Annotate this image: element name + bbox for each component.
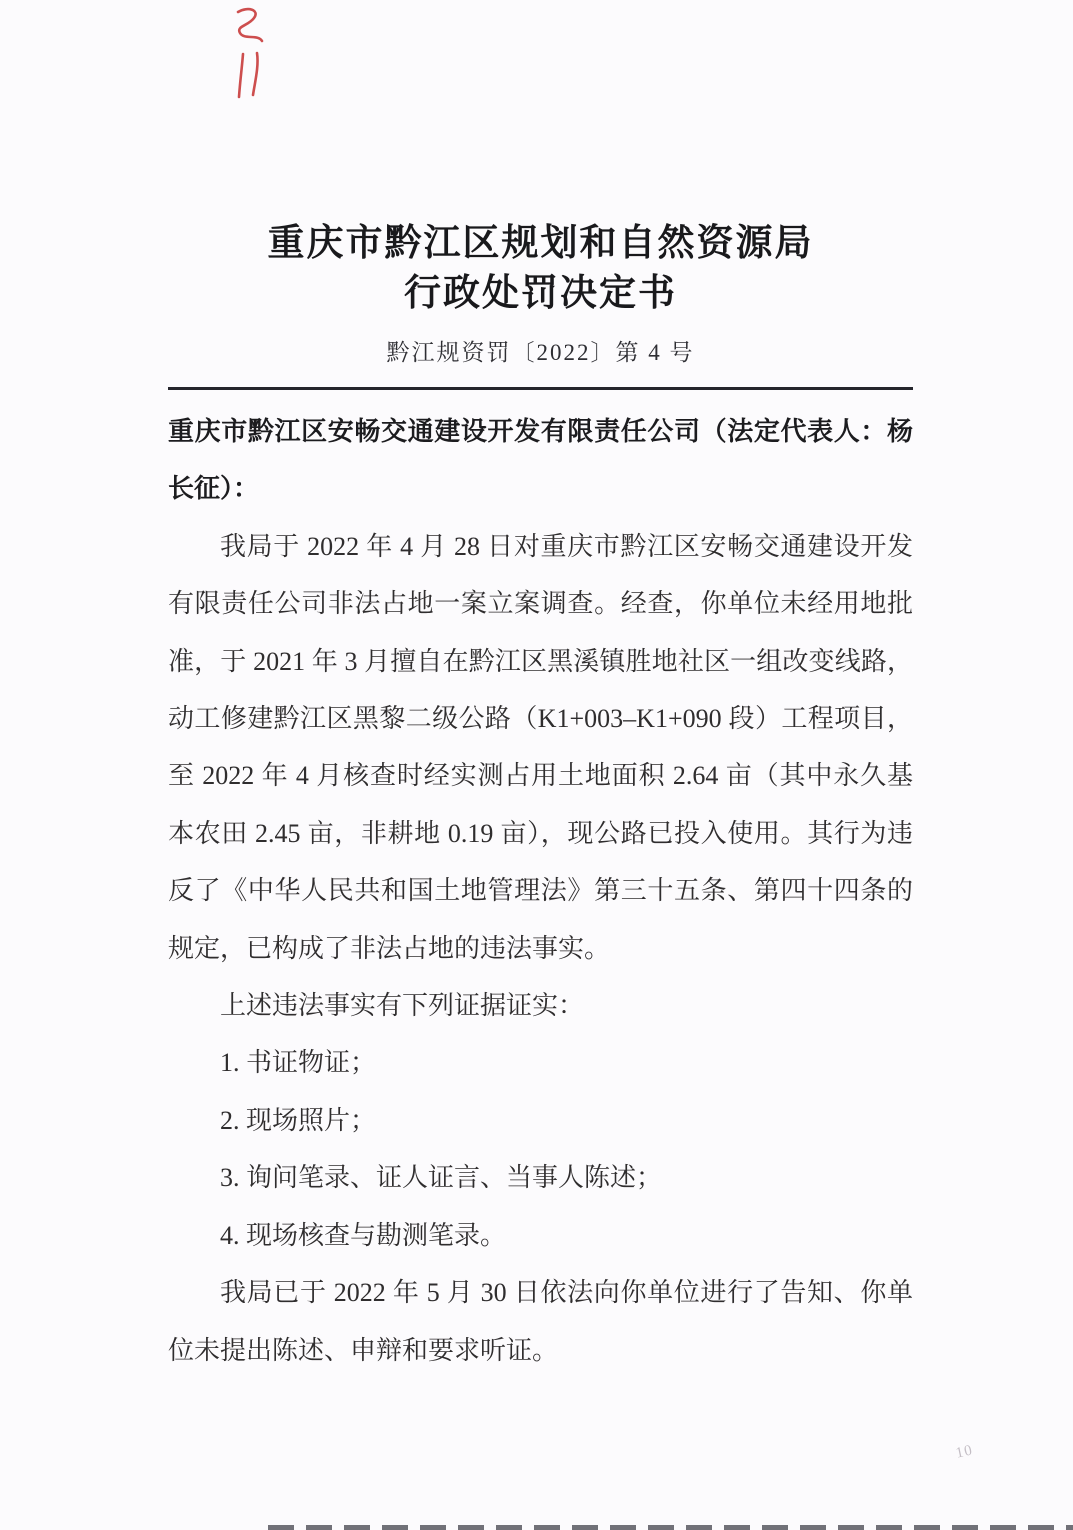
body-line: 至 2022 年 4 月核查时经实测占用土地面积 2.64 亩（其中永久基 <box>168 747 913 804</box>
body-line: 准，于 2021 年 3 月擅自在黔江区黑溪镇胜地社区一组改变线路， <box>168 633 913 690</box>
document-title-line2: 行政处罚决定书 <box>168 268 913 318</box>
addressee-line: 重庆市黔江区安畅交通建设开发有限责任公司（法定代表人：杨 <box>168 403 913 460</box>
paragraph-notification: 我局已于 2022 年 5 月 30 日依法向你单位进行了告知、你单 位未提出陈… <box>168 1264 913 1379</box>
addressee-line: 长征）： <box>168 460 913 517</box>
addressee: 重庆市黔江区安畅交通建设开发有限责任公司（法定代表人：杨 长征）： <box>168 403 913 518</box>
body-line: 动工修建黔江区黑黎二级公路（K1+003–K1+090 段）工程项目， <box>168 690 913 747</box>
body-line: 规定，已构成了非法占地的违法事实。 <box>168 920 913 977</box>
body-line: 我局已于 2022 年 5 月 30 日依法向你单位进行了告知、你单 <box>168 1264 913 1321</box>
scanned-document-page: 重庆市黔江区规划和自然资源局 行政处罚决定书 黔江规资罚〔2022〕第 4 号 … <box>0 0 1073 1530</box>
evidence-intro: 上述违法事实有下列证据证实： <box>168 977 913 1034</box>
evidence-section: 上述违法事实有下列证据证实： 1. 书证物证； 2. 现场照片； 3. 询问笔录… <box>168 977 913 1264</box>
evidence-item: 2. 现场照片； <box>168 1092 913 1149</box>
document-content: 重庆市黔江区规划和自然资源局 行政处罚决定书 黔江规资罚〔2022〕第 4 号 … <box>168 0 913 1379</box>
evidence-item: 3. 询问笔录、证人证言、当事人陈述； <box>168 1149 913 1206</box>
cropped-text-edge <box>268 1525 1073 1530</box>
document-number: 黔江规资罚〔2022〕第 4 号 <box>168 334 913 367</box>
body-line: 有限责任公司非法占地一案立案调查。经查，你单位未经用地批 <box>168 575 913 632</box>
document-title-line1: 重庆市黔江区规划和自然资源局 <box>168 218 913 268</box>
evidence-item: 4. 现场核查与勘测笔录。 <box>168 1207 913 1264</box>
document-body: 重庆市黔江区安畅交通建设开发有限责任公司（法定代表人：杨 长征）： 我局于 20… <box>168 403 913 1379</box>
evidence-item: 1. 书证物证； <box>168 1034 913 1091</box>
header-rule <box>168 387 913 390</box>
pencil-note: 10 <box>954 1442 974 1462</box>
paragraph-facts: 我局于 2022 年 4 月 28 日对重庆市黔江区安畅交通建设开发 有限责任公… <box>168 518 913 977</box>
document-title: 重庆市黔江区规划和自然资源局 行政处罚决定书 <box>168 218 913 318</box>
body-line: 反了《中华人民共和国土地管理法》第三十五条、第四十四条的 <box>168 862 913 919</box>
body-line: 本农田 2.45 亩，非耕地 0.19 亩），现公路已投入使用。其行为违 <box>168 805 913 862</box>
body-line: 位未提出陈述、申辩和要求听证。 <box>168 1322 913 1379</box>
body-line: 我局于 2022 年 4 月 28 日对重庆市黔江区安畅交通建设开发 <box>168 518 913 575</box>
